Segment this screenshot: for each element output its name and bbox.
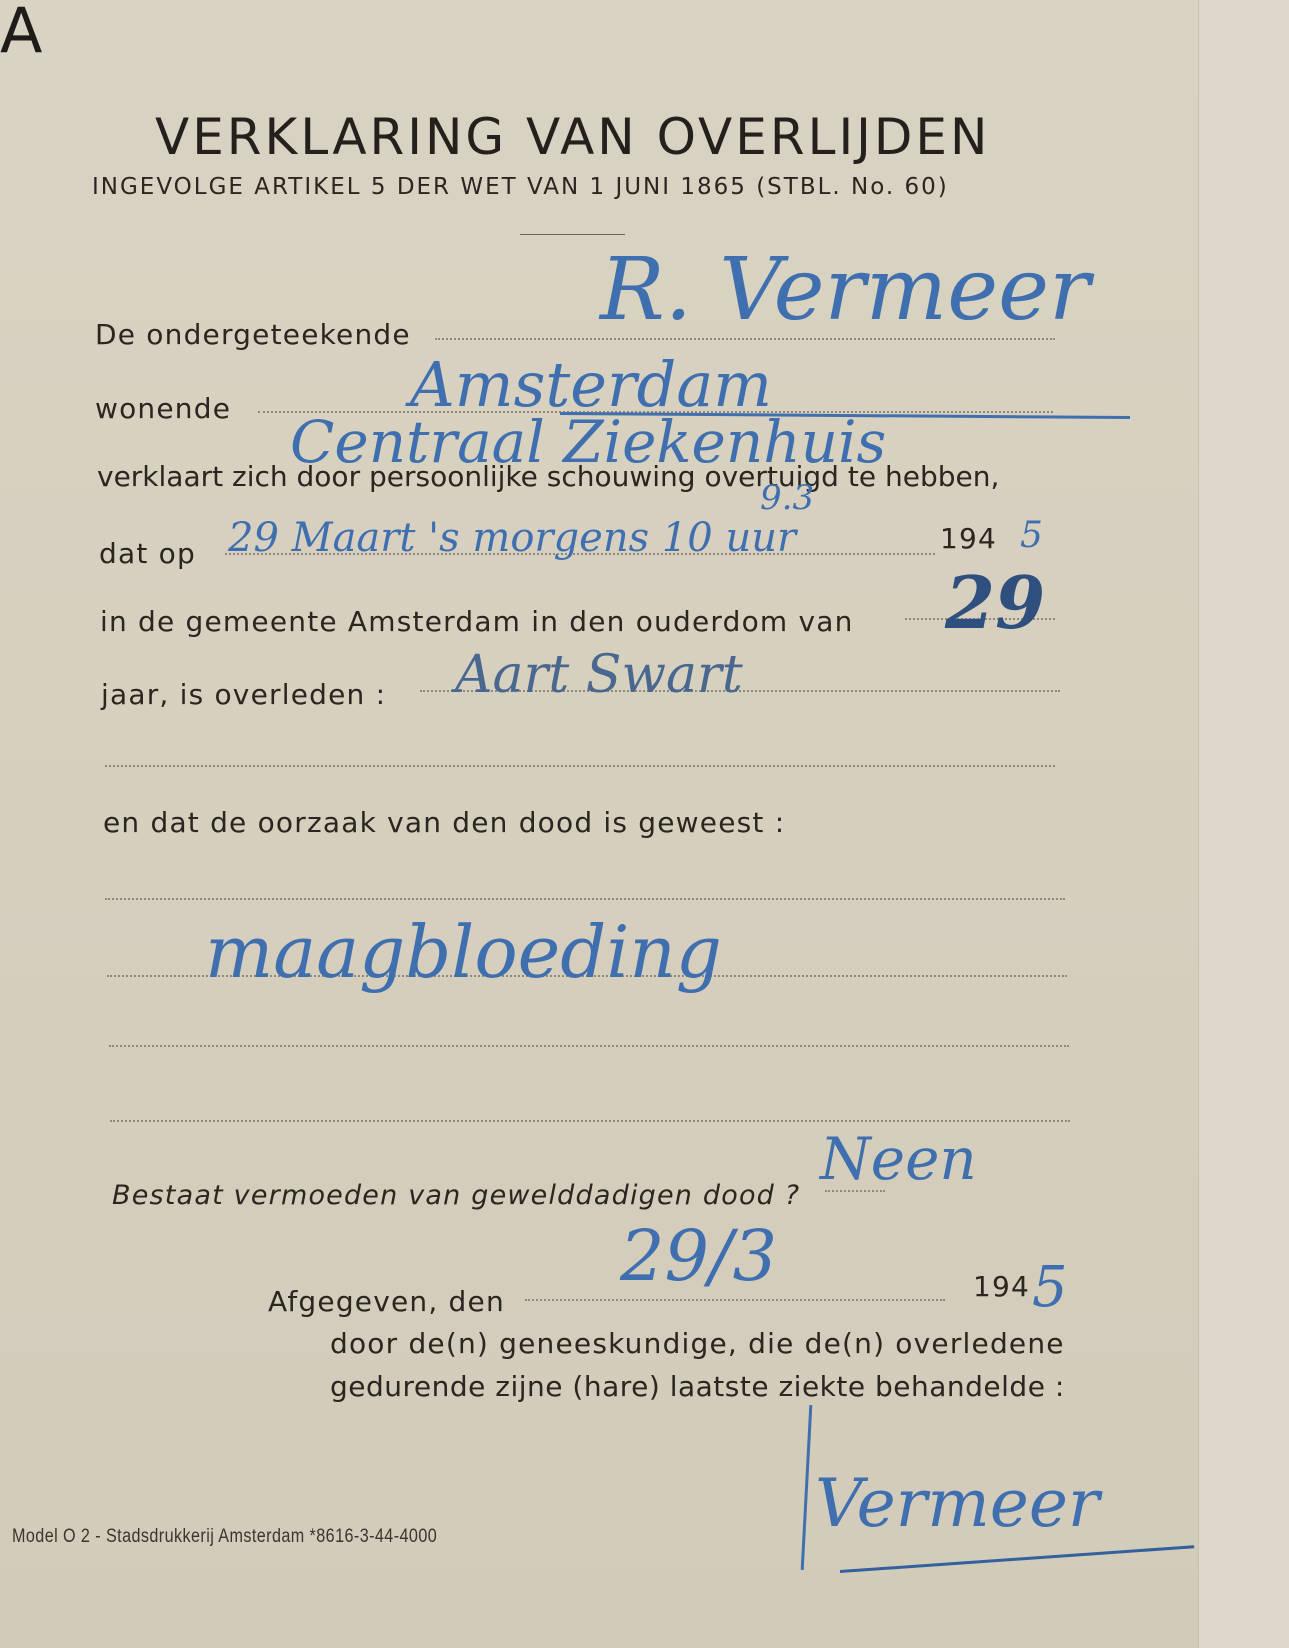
physician-text-1: door de(n) geneeskundige, die de(n) over… (330, 1327, 1065, 1360)
physician-signature: Vermeer (815, 1465, 1099, 1542)
date-year-printed: 194 (940, 522, 997, 555)
document-title: VERKLARING VAN OVERLIJDEN (155, 108, 990, 166)
deceased-label: jaar, is overleden : (101, 678, 386, 711)
deceased-extra-line (105, 765, 1055, 767)
issued-year-written: 5 (1032, 1255, 1068, 1320)
time-correction: 9.3 (760, 478, 814, 518)
cause-line-1 (105, 898, 1065, 900)
date-year-written: 5 (1020, 515, 1043, 556)
deceased-value: Aart Swart (455, 645, 743, 705)
issued-year-printed: 194 (973, 1270, 1030, 1303)
cause-label: en dat de oorzaak van den dood is gewees… (103, 806, 785, 839)
violent-death-label: Bestaat vermoeden van gewelddadigen dood… (112, 1180, 800, 1211)
undersigned-value: R. Vermeer (600, 240, 1090, 340)
age-value: 29 (945, 560, 1045, 645)
paper-edge (1198, 0, 1289, 1648)
cause-line-4 (110, 1120, 1070, 1122)
residing-label: wonende (95, 392, 231, 425)
declaration-text: verklaart zich door persoonlijke schouwi… (97, 460, 999, 493)
date-label: dat op (99, 537, 196, 570)
issued-value: 29/3 (620, 1215, 777, 1297)
physician-text-2: gedurende zijne (hare) laatste ziekte be… (330, 1370, 1065, 1403)
print-footer: Model O 2 - Stadsdrukkerij Amsterdam *86… (12, 1526, 437, 1548)
issued-label: Afgegeven, den (268, 1285, 505, 1318)
corner-mark: A (0, 0, 42, 67)
municipality-text: in de gemeente Amsterdam in den ouderdom… (100, 605, 854, 638)
document-subtitle: INGEVOLGE ARTIKEL 5 DER WET VAN 1 JUNI 1… (92, 174, 949, 200)
undersigned-label: De ondergeteekende (95, 318, 411, 351)
cause-line-3 (109, 1045, 1069, 1047)
cause-value: maagbloeding (205, 910, 722, 994)
issued-dotted-line (525, 1299, 945, 1301)
date-value: 29 Maart 's morgens 10 uur (228, 515, 796, 561)
violent-death-value: Neen (820, 1125, 977, 1193)
divider (520, 234, 625, 235)
